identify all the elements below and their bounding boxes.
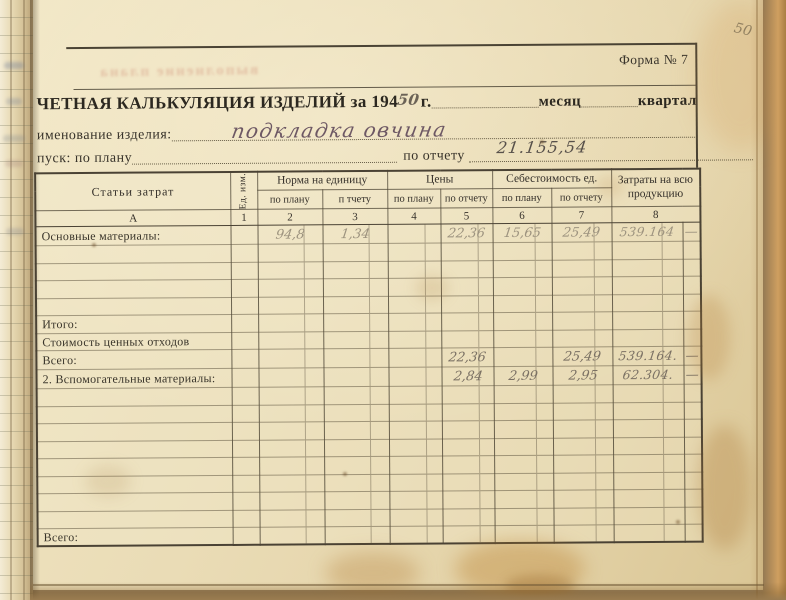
row-label: Стоимость ценных отходов: [36, 332, 231, 351]
cell-c5: 2,84: [441, 367, 493, 386]
dotted-leader: [132, 149, 397, 165]
cell-c7: [552, 312, 612, 330]
cell-c3: [323, 368, 388, 387]
cell-c7: [553, 508, 613, 526]
cell-c2: [259, 510, 324, 528]
cell-c3: [323, 314, 388, 332]
cell-c5: [441, 243, 493, 261]
row-label: 2. Вспомогательные материалы:: [36, 369, 231, 389]
handwritten-value: 15,65: [502, 227, 541, 242]
cell-c6: [494, 491, 553, 509]
cell-c3: [324, 457, 389, 475]
row-label: [36, 297, 231, 316]
header-cost-report: по отчету: [551, 188, 611, 208]
cell-c3: [323, 244, 388, 262]
header-price-plan: по плану: [387, 189, 440, 209]
cell-c1: [232, 493, 259, 511]
cell-c5: 22,36: [441, 348, 493, 367]
row-label-text: 2. Вспомогательные материалы:: [43, 371, 216, 386]
month-label: месяц: [538, 93, 581, 110]
cell-c7: 25,49: [551, 223, 611, 242]
cell-c2: [259, 475, 324, 493]
cell-c5: [442, 439, 494, 457]
cell-c3: [324, 492, 389, 510]
row-label: Итого:: [36, 315, 231, 334]
cell-kop: [684, 472, 702, 490]
cell-c1: [231, 369, 258, 388]
cell-c3: [323, 296, 388, 314]
cell-c6: [493, 278, 552, 296]
cell-c2: [258, 244, 323, 262]
cell-c5: [441, 313, 493, 331]
cell-c8: [613, 490, 684, 508]
speck: [343, 472, 347, 476]
cell-c6: 15,65: [492, 224, 551, 243]
cell-c3: [324, 387, 389, 405]
handwritten-value: 25,49: [563, 351, 602, 366]
cell-kop: —: [683, 347, 701, 366]
row-label: [37, 440, 232, 459]
cell-c6: [495, 526, 554, 544]
handwritten-value: 22,36: [447, 228, 486, 243]
handwritten-value: —: [684, 226, 699, 241]
form-border-top: [66, 43, 696, 49]
row-label: [37, 423, 232, 442]
cell-c3: [323, 279, 388, 297]
cell-c7: [553, 420, 613, 438]
cell-c1: [231, 297, 258, 315]
cell-c8: 539.164: [612, 223, 683, 242]
cell-c6: 2,99: [493, 367, 552, 386]
cell-c2: [259, 387, 324, 405]
cell-c8: [612, 259, 683, 277]
cell-c7: [552, 330, 612, 348]
header-norm-group: Норма на единицу: [257, 171, 387, 190]
title-text: ЧЕТНАЯ КАЛЬКУЛЯЦИЯ ИЗДЕЛИЙ за 194: [37, 92, 399, 115]
cell-c2: [259, 492, 324, 510]
handwritten-value: 94,8: [275, 229, 306, 244]
output-report-label: по отчету: [403, 148, 465, 164]
cell-c5: [442, 474, 494, 492]
index-1: 1: [230, 210, 257, 226]
cell-c1: [232, 388, 259, 406]
cell-c4: [387, 224, 440, 243]
cell-c3: [324, 422, 389, 440]
cell-kop: —: [683, 223, 701, 242]
cell-c4: [390, 526, 443, 544]
ink-bleedthrough-text: выполнение плана: [98, 62, 258, 82]
cell-kop: [683, 294, 701, 312]
cell-c1: [232, 440, 259, 458]
form-number: Форма № 7: [558, 52, 688, 69]
cell-c5: [441, 331, 493, 349]
row-label: Основные материалы:: [35, 226, 230, 246]
index-5: 5: [440, 208, 492, 224]
row-label-text: Всего:: [42, 353, 77, 367]
cell-c2: [258, 262, 323, 280]
row-label: [36, 245, 231, 264]
cell-c3: [324, 439, 389, 457]
cell-c5: [442, 491, 494, 509]
cell-c2: 94,8: [257, 225, 322, 244]
speck: [92, 243, 96, 247]
row-label: [37, 405, 232, 424]
cell-c4: [388, 367, 441, 386]
speck: [540, 140, 544, 144]
cell-c7: [553, 455, 613, 473]
cell-c5: [442, 386, 494, 404]
row-label-text: Итого:: [42, 317, 78, 331]
cell-kop: [684, 490, 702, 508]
cell-c1: [232, 405, 259, 423]
cell-c7: [552, 295, 612, 313]
cell-c7: [552, 242, 612, 260]
handwritten-value: 62.304.: [622, 369, 674, 384]
cell-c8: [612, 242, 683, 260]
row-label: [37, 510, 232, 529]
cell-c1: [231, 280, 258, 298]
cell-c7: [553, 438, 613, 456]
row-label: Всего:: [36, 350, 231, 370]
cell-c7: [553, 385, 613, 403]
header-total-group: Затраты на всю продукцию: [611, 169, 700, 208]
row-label: [37, 475, 232, 494]
cell-c8: [612, 294, 683, 312]
cell-kop: [684, 385, 702, 403]
cell-c2: [259, 457, 324, 475]
cell-c3: [324, 474, 389, 492]
cell-c3: [325, 527, 390, 545]
cell-c2: [258, 279, 323, 297]
cell-c8: [613, 455, 684, 473]
cell-c7: [553, 403, 613, 421]
cell-c2: [258, 349, 323, 368]
cell-kop: [683, 242, 701, 260]
cell-c3: [323, 349, 388, 368]
cell-c5: [441, 261, 493, 279]
cell-c5: 22,36: [440, 224, 492, 243]
row-label: [37, 493, 232, 512]
cell-c7: [553, 473, 613, 491]
quarter-label: квартал: [638, 93, 697, 110]
header-price-group: Цены: [387, 170, 492, 189]
cell-c2: [259, 405, 324, 423]
cell-c8: [612, 277, 683, 295]
cell-c8: [614, 525, 685, 543]
row-label-text: Основные материалы:: [42, 228, 161, 243]
cell-c6: [493, 295, 552, 313]
cell-c2: [258, 297, 323, 315]
cell-c4: [389, 474, 442, 492]
cell-kop: [684, 437, 702, 455]
index-4: 4: [387, 208, 440, 224]
cell-c1: [231, 245, 258, 263]
header-band-rule: [74, 85, 696, 90]
cell-c5: [442, 404, 494, 422]
header-cost-group: Себестоимость ед.: [492, 169, 611, 188]
row-label-text: Всего:: [44, 530, 79, 544]
row-label: [36, 280, 231, 299]
cell-c8: [613, 402, 684, 420]
cell-c3: [324, 509, 389, 527]
cell-c3: [323, 261, 388, 279]
cell-c4: [389, 421, 442, 439]
dotted-leader: [432, 107, 539, 109]
cell-c2: [258, 368, 323, 387]
cell-c2: [259, 440, 324, 458]
cell-c1: [231, 315, 258, 333]
cell-c8: 539.164.: [612, 347, 683, 366]
table-row: Всего:: [38, 525, 703, 547]
index-7: 7: [551, 207, 611, 223]
cell-c7: 25,49: [552, 347, 612, 366]
cell-c6: [494, 403, 553, 421]
cell-c7: 2,95: [552, 366, 612, 385]
speck: [676, 520, 680, 524]
index-2: 2: [257, 209, 322, 225]
handwritten-value: 1,34: [340, 228, 371, 243]
cell-c8: 62.304.: [613, 366, 684, 385]
handwritten-year: 50: [397, 91, 421, 109]
index-6: 6: [492, 208, 551, 224]
cell-c1: [230, 226, 257, 245]
handwritten-value: 2,95: [567, 370, 598, 385]
item-name-row: именование изделия: подкладка овчина: [37, 124, 697, 146]
form-content: выполнение плана Форма № 7 ЧЕТНАЯ КАЛЬКУ…: [0, 0, 786, 600]
cell-kop: [684, 420, 702, 438]
cell-c7: [553, 490, 613, 508]
cell-c3: 1,34: [322, 225, 387, 244]
cell-c5: [442, 421, 494, 439]
handwritten-value: 22,36: [448, 352, 487, 367]
cell-c4: [388, 261, 441, 279]
row-label: [37, 388, 232, 407]
dotted-leader: подкладка овчина: [172, 124, 697, 142]
header-price-report: по отчету: [440, 189, 492, 209]
cell-c3: [323, 331, 388, 349]
cell-c1: [231, 262, 258, 280]
index-3: 3: [322, 209, 387, 225]
cell-kop: [683, 259, 701, 277]
handwritten-value: —: [685, 369, 700, 384]
cell-c5: [441, 296, 493, 314]
scanned-document: выполнение плана Форма № 7 ЧЕТНАЯ КАЛЬКУ…: [0, 0, 786, 600]
cell-c4: [389, 404, 442, 422]
cell-c8: [613, 507, 684, 525]
cell-kop: [683, 329, 701, 347]
cell-c8: [612, 329, 683, 347]
cell-c1: [232, 475, 259, 493]
cell-kop: [683, 277, 701, 295]
row-label-text: Стоимость ценных отходов: [42, 334, 189, 349]
cell-c4: [388, 331, 441, 349]
cell-c1: [232, 458, 259, 476]
cell-c7: [552, 260, 612, 278]
cell-c7: [554, 525, 614, 543]
cell-c6: [493, 348, 552, 367]
handwritten-value: 539.164: [619, 226, 675, 241]
handwritten-item-name: подкладка овчина: [230, 117, 449, 143]
cell-c4: [389, 439, 442, 457]
cell-c4: [389, 386, 442, 404]
cell-kop: [684, 402, 702, 420]
cell-c6: [494, 508, 553, 526]
row-label: [36, 262, 231, 281]
cell-c6: [494, 386, 553, 404]
dotted-leader: [581, 106, 638, 107]
cell-c4: [388, 243, 441, 261]
cell-c2: [258, 314, 323, 332]
handwritten-value: 2,99: [508, 370, 539, 385]
document-title: ЧЕТНАЯ КАЛЬКУЛЯЦИЯ ИЗДЕЛИЙ за 194 50 г. …: [37, 90, 697, 115]
cell-c4: [389, 456, 442, 474]
cell-c4: [388, 278, 441, 296]
cell-c5: [442, 456, 494, 474]
cell-c2: [258, 332, 323, 350]
cell-kop: [683, 312, 701, 330]
output-plan-label: пуск: по плану: [37, 151, 132, 168]
cell-c8: [613, 437, 684, 455]
handwritten-value: 2,84: [452, 371, 483, 386]
index-a: А: [35, 210, 230, 227]
cell-c6: [493, 243, 552, 261]
cell-c6: [493, 260, 552, 278]
row-label: Всего:: [38, 528, 233, 547]
cell-c6: [493, 330, 552, 348]
header-cost-plan: по плану: [492, 188, 551, 208]
cell-c5: [443, 526, 495, 544]
handwritten-value: 25,49: [562, 227, 601, 242]
cell-c6: [493, 313, 552, 331]
cell-c2: [259, 422, 324, 440]
cell-c3: [324, 404, 389, 422]
year-suffix: г.: [421, 92, 432, 112]
header-items: Статьи затрат: [35, 172, 230, 211]
handwritten-value: —: [685, 350, 700, 365]
cell-c6: [494, 456, 553, 474]
cell-c1: [232, 423, 259, 441]
cell-c5: [442, 509, 494, 527]
cell-kop: [684, 455, 702, 473]
cell-kop: —: [684, 366, 702, 385]
cell-c6: [494, 473, 553, 491]
page-curl-edge: [750, 0, 786, 600]
cell-c6: [494, 421, 553, 439]
header-unit: Ед. изм.: [230, 172, 257, 210]
cell-c8: [613, 385, 684, 403]
dotted-leader: 21.155,54: [469, 146, 753, 162]
cell-c5: [441, 278, 493, 296]
cell-c1: [231, 350, 258, 369]
cell-c6: [494, 438, 553, 456]
page-bottom-edge: [30, 582, 786, 600]
cell-kop: [685, 525, 703, 543]
header-norm-report: п тчету: [322, 189, 387, 209]
index-8: 8: [611, 207, 700, 224]
cell-c1: [232, 510, 259, 528]
cell-c2: [260, 527, 325, 545]
item-name-label: именование изделия:: [37, 127, 172, 144]
handwritten-value: 539.164.: [618, 350, 679, 365]
row-label: [37, 458, 232, 477]
cost-calculation-table: Статьи затрат Ед. изм. Норма на единицу …: [34, 168, 704, 548]
cell-kop: [684, 507, 702, 525]
cell-c8: [613, 472, 684, 490]
cell-c1: [233, 528, 260, 546]
output-row: пуск: по плану по отчету 21.155,54: [37, 146, 753, 168]
cell-c7: [552, 277, 612, 295]
cell-c4: [388, 313, 441, 331]
cell-c4: [389, 509, 442, 527]
header-norm-plan: по плану: [257, 190, 322, 210]
cell-c4: [389, 491, 442, 509]
cell-c4: [388, 348, 441, 367]
cell-c4: [388, 296, 441, 314]
cell-c1: [231, 332, 258, 350]
cell-c8: [613, 420, 684, 438]
cell-c8: [612, 312, 683, 330]
